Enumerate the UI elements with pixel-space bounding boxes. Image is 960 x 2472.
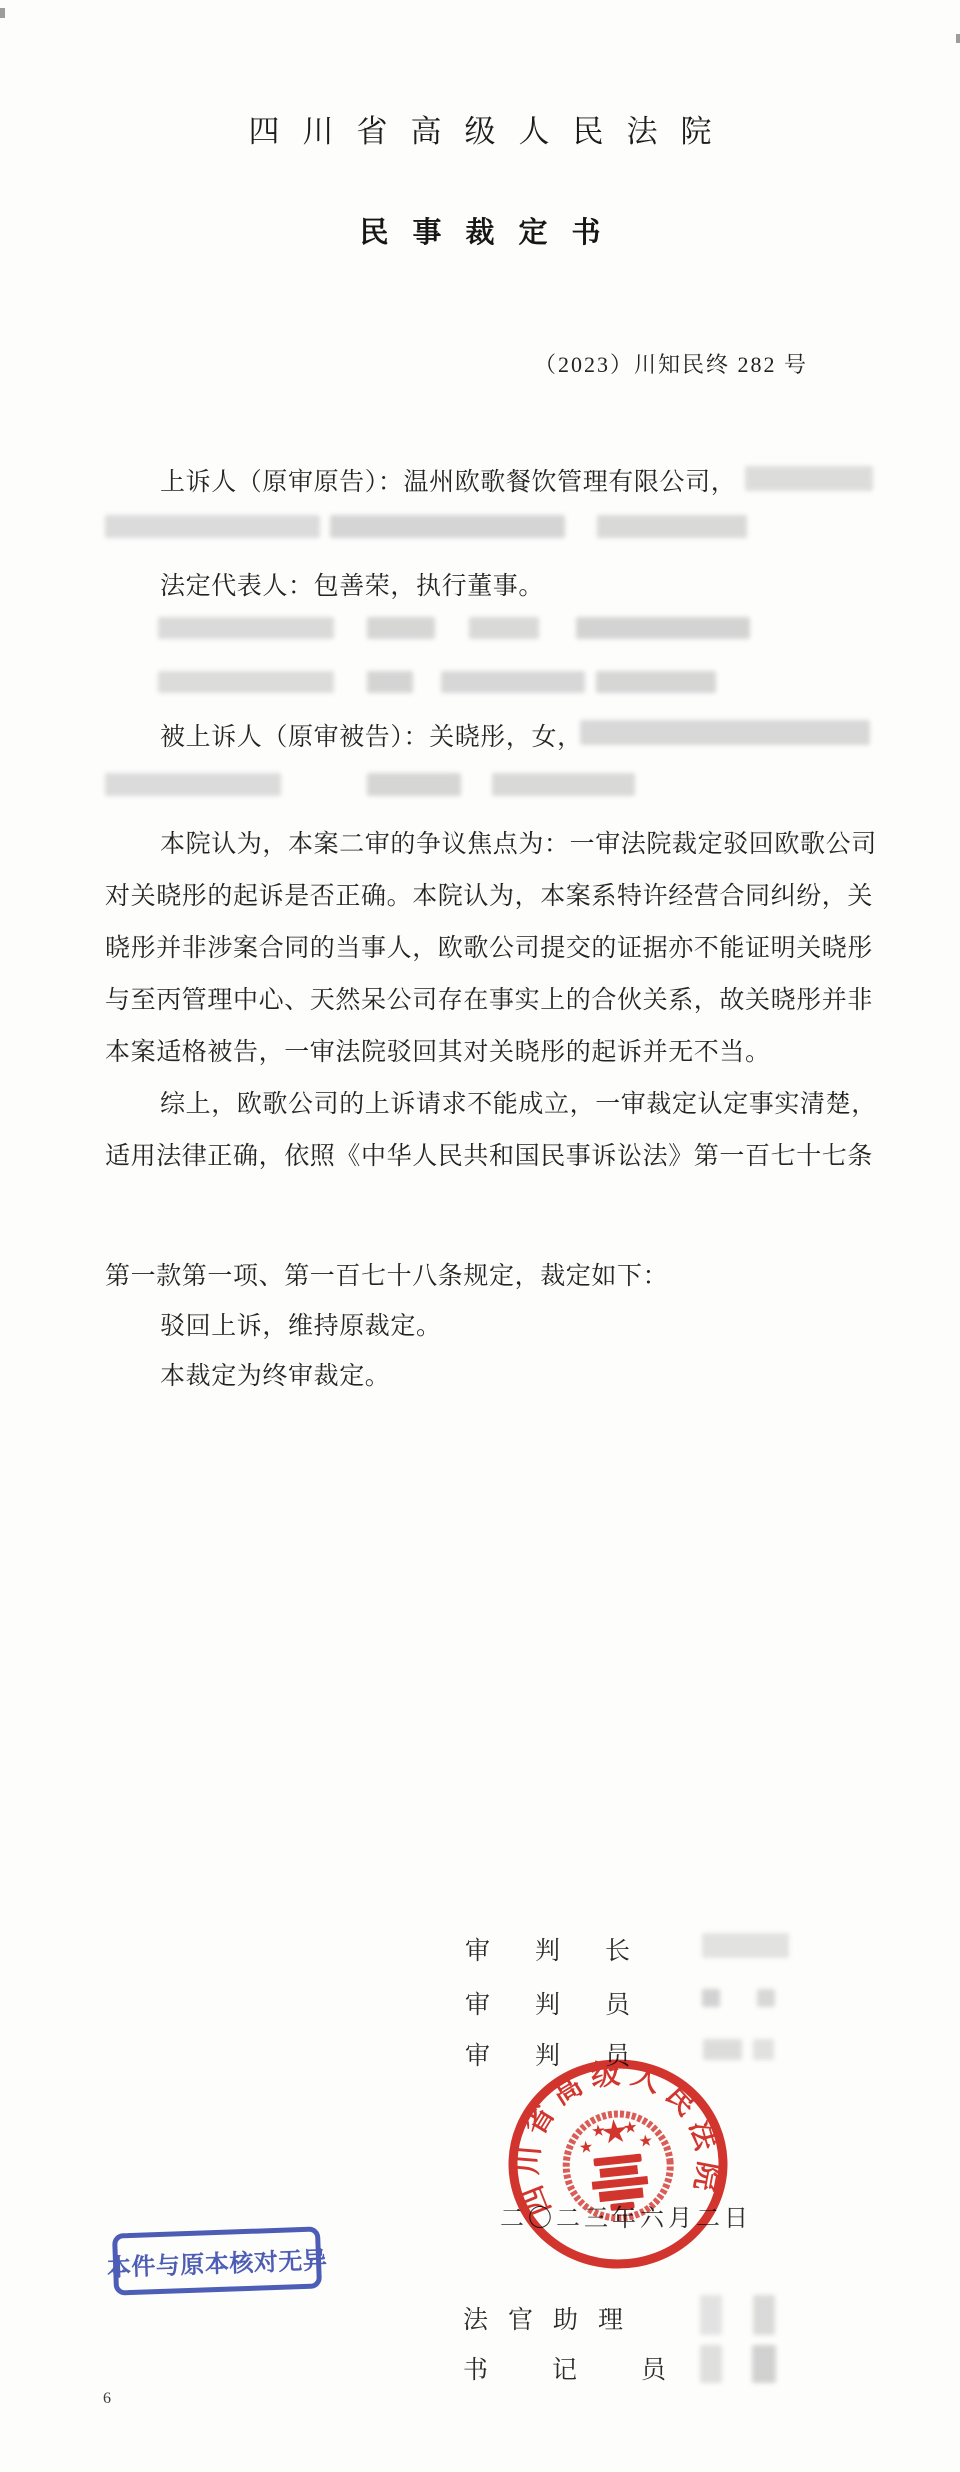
body-line: 第一款第一项、第一百七十八条规定，裁定如下： xyxy=(105,1256,668,1292)
redacted-text xyxy=(158,617,334,639)
redacted-text xyxy=(367,617,435,639)
national-emblem-icon xyxy=(561,2109,675,2223)
judge-label: 审判员 xyxy=(465,1985,675,2021)
redacted-assistant-name xyxy=(700,2295,722,2335)
assistant-judge-label: 法官助理 xyxy=(463,2300,643,2336)
redacted-text xyxy=(105,515,320,538)
scan-artifact xyxy=(0,8,5,18)
body-line-appellee: 被上诉人（原审被告）：关晓彤，女， xyxy=(160,717,583,753)
body-line: 综上，欧歌公司的上诉请求不能成立，一审裁定认定事实清楚， xyxy=(160,1084,877,1120)
document-type-title: 民事裁定书 xyxy=(0,210,960,251)
court-seal: 四川省高级人民法院 xyxy=(502,2058,734,2272)
body-line: 与至丙管理中心、天然呆公司存在事实上的合伙关系，故关晓彤并非 xyxy=(105,980,873,1016)
body-line-appellant: 上诉人（原审原告）：温州欧歌餐饮管理有限公司， xyxy=(160,462,736,498)
redacted-text xyxy=(158,671,334,693)
redacted-text xyxy=(580,720,870,745)
redacted-judge-name xyxy=(753,2039,774,2060)
redacted-text xyxy=(469,617,539,639)
court-name-title: 四川省高级人民法院 xyxy=(0,106,960,151)
redacted-judge-name xyxy=(757,1989,775,2007)
body-line: 对关晓彤的起诉是否正确。本院认为，本案系特许经营合同纠纷，关 xyxy=(105,876,873,912)
body-line: 适用法律正确，依照《中华人民共和国民事诉讼法》第一百七十七条 xyxy=(105,1136,873,1172)
redacted-text xyxy=(367,773,461,796)
redacted-judge-name xyxy=(702,1933,789,1958)
scan-artifact xyxy=(956,34,960,43)
body-line-ruling: 驳回上诉，维持原裁定。 xyxy=(160,1306,442,1342)
redacted-text xyxy=(596,671,716,693)
redacted-text xyxy=(441,671,585,693)
redacted-clerk-name xyxy=(752,2345,776,2383)
redacted-assistant-name xyxy=(753,2295,775,2335)
redacted-text xyxy=(492,773,635,796)
redacted-clerk-name xyxy=(700,2345,722,2383)
redacted-text xyxy=(745,466,873,491)
redacted-text xyxy=(597,515,747,538)
body-line-final: 本裁定为终审裁定。 xyxy=(160,1356,390,1392)
verification-stamp: 本件与原本核对无异 xyxy=(112,2226,322,2295)
court-ruling-document: 四川省高级人民法院 民事裁定书 （2023）川知民终 282 号 上诉人（原审原… xyxy=(0,0,960,2472)
body-line: 本院认为，本案二审的争议焦点为：一审法院裁定驳回欧歌公司 xyxy=(160,824,877,860)
verification-stamp-text: 本件与原本核对无异 xyxy=(106,2240,328,2283)
body-line: 本案适格被告，一审法院驳回其对关晓彤的起诉并无不当。 xyxy=(105,1032,771,1068)
redacted-text xyxy=(367,671,413,693)
redacted-judge-name xyxy=(703,2039,742,2060)
redacted-text xyxy=(330,515,565,538)
body-line-legal-rep: 法定代表人：包善荣，执行董事。 xyxy=(160,566,544,602)
page-number: 6 xyxy=(103,2390,111,2408)
redacted-text xyxy=(576,617,750,639)
redacted-text xyxy=(105,773,281,796)
body-line: 晓彤并非涉案合同的当事人，欧歌公司提交的证据亦不能证明关晓彤 xyxy=(105,928,873,964)
redacted-judge-name xyxy=(702,1989,720,2007)
case-number: （2023）川知民终 282 号 xyxy=(534,348,808,379)
clerk-label: 书记员 xyxy=(463,2350,730,2386)
presiding-judge-label: 审判长 xyxy=(465,1931,675,1967)
